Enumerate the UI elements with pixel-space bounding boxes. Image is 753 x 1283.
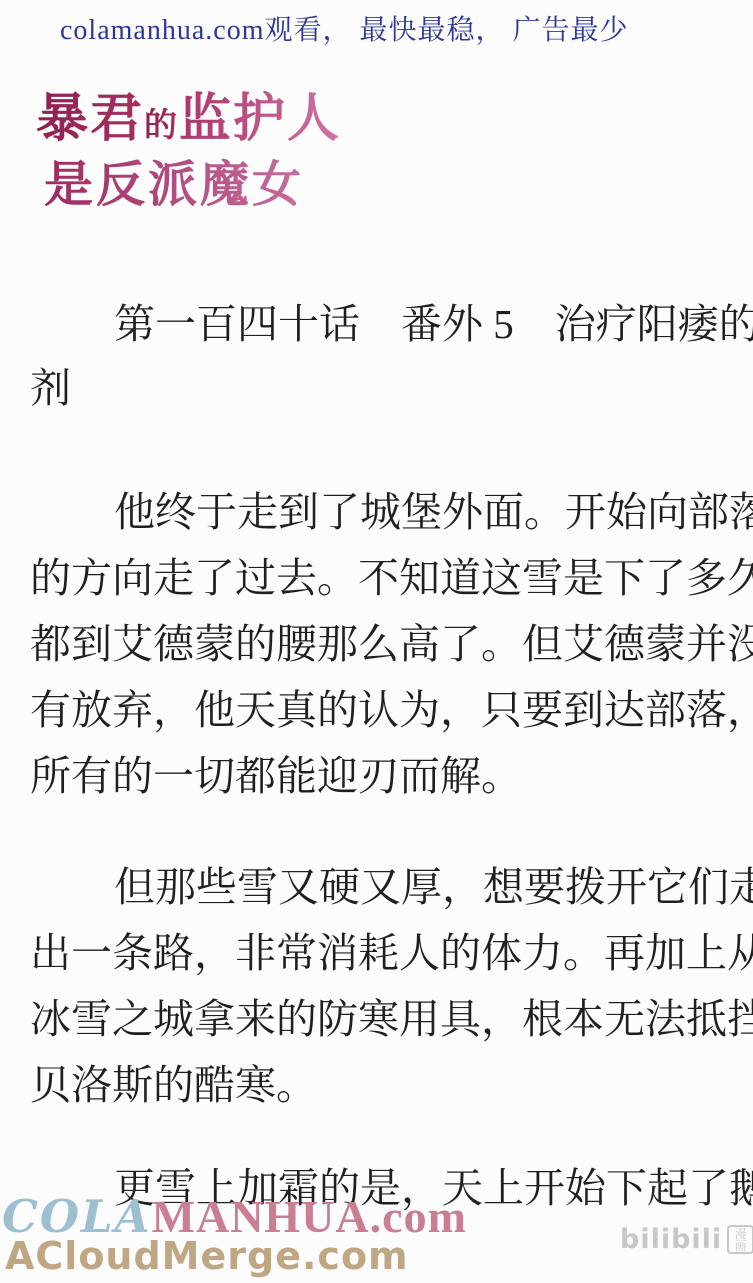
chapter-title: 第一百四十话 番外 5 治疗阳痿的药 剂 <box>30 292 727 420</box>
series-logo-line2: 是反派魔女 <box>44 160 341 209</box>
chapter-title-line: 第一百四十话 番外 5 治疗阳痿的药 <box>30 292 727 356</box>
text-line: 所有的一切都能迎刃而解。 <box>30 743 727 809</box>
text-line: 有放弃，他天真的认为，只要到达部落， <box>30 677 727 743</box>
series-logo-text: 是反派魔女 <box>44 157 304 212</box>
text-line: 出一条路，非常消耗人的体力。再加上从 <box>30 920 727 986</box>
text-line: 都到艾德蒙的腰那么高了。但艾德蒙并没 <box>30 611 727 677</box>
bilibili-wordmark: bilibili <box>620 1224 722 1255</box>
text-line: 冰雪之城拿来的防寒用具，根本无法抵挡 <box>30 986 727 1052</box>
watermark-acloudmerge: ACloudMerge.com <box>5 1234 409 1278</box>
series-logo-text: 的 <box>144 108 179 144</box>
chapter-title-line: 剂 <box>30 356 727 420</box>
bilibili-logo: bilibili 漫画 <box>620 1224 753 1255</box>
series-logo-line1: 暴君的监护人 <box>36 94 341 146</box>
paragraph-2: 但那些雪又硬又厚，想要拨开它们走 出一条路，非常消耗人的体力。再加上从 冰雪之城… <box>30 854 727 1118</box>
text-line: 他终于走到了城堡外面。开始向部落 <box>30 479 727 545</box>
series-logo: 暴君的监护人 是反派魔女 <box>36 94 341 209</box>
text-line: 但那些雪又硬又厚，想要拨开它们走 <box>30 854 727 920</box>
series-logo-text: 监护人 <box>179 91 341 148</box>
paragraph-1: 他终于走到了城堡外面。开始向部落 的方向走了过去。不知道这雪是下了多久， 都到艾… <box>30 479 727 809</box>
text-line: 贝洛斯的酷寒。 <box>30 1052 727 1118</box>
bilibili-manga-badge-icon: 漫画 <box>727 1225 753 1254</box>
novel-page: colamanhua.com观看， 最快最稳， 广告最少 暴君的监护人 是反派魔… <box>0 0 753 1283</box>
text-line: 的方向走了过去。不知道这雪是下了多久， <box>30 545 727 611</box>
site-banner-text: colamanhua.com观看， 最快最稳， 广告最少 <box>60 8 628 48</box>
series-logo-text: 暴君 <box>36 91 144 148</box>
